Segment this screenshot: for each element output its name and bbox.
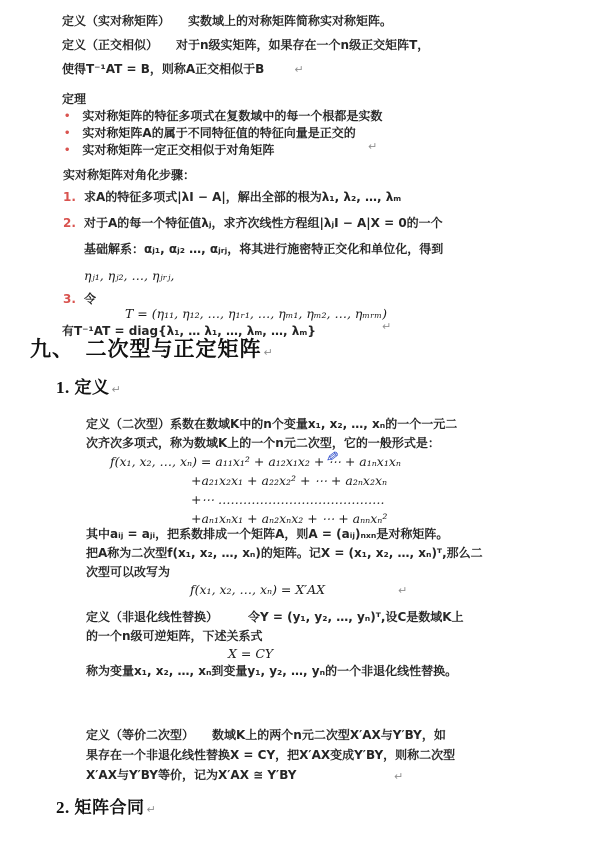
diagonalization-step-2-line3: ηⱼ₁, ηⱼ₂, …, ηⱼᵣⱼ, — [84, 268, 174, 283]
theorem-bullet-text: 实对称矩阵A的属于不同特征值的特征向量是正交的 — [82, 126, 355, 140]
subheading-matrix-congruence-text: 2. 矩阵合同 — [56, 798, 145, 817]
definition-equivalent-line2: 果存在一个非退化线性替换X = CY，把X′AX变成Y′BY，则称二次型 — [86, 748, 455, 763]
diagonalization-step-2-line2: 基础解系：αⱼ₁, αⱼ₂ …, αⱼᵣⱼ，将其进行施密特正交化和单位化，得到 — [84, 242, 443, 257]
step-number: 2. — [63, 216, 84, 231]
chapter-heading: 九、 二次型与正定矩阵↵ — [30, 342, 273, 360]
subheading-definition-text: 1. 定义 — [56, 378, 110, 397]
chapter-heading-text: 九、 二次型与正定矩阵 — [30, 337, 262, 361]
theorem-label: 定理 — [62, 92, 86, 107]
return-mark-icon: ↵ — [394, 770, 403, 783]
return-mark-icon: ↵ — [398, 584, 407, 597]
return-mark-icon: ↵ — [264, 346, 273, 359]
quadratic-form-matrix-note-line3: 次型可以改写为 — [86, 565, 170, 580]
formula-transition-matrix: T = (η₁₁, η₁₂, …, η₁ᵣ₁, …, ηₘ₁, ηₘ₂, …, … — [125, 306, 387, 321]
quadratic-form-formula-line2: +a₂₁x₂x₁ + a₂₂x₂² + ⋯ + a₂ₙx₂xₙ — [191, 473, 387, 488]
theorem-bullet-item: •实对称矩阵A的属于不同特征值的特征向量是正交的 — [64, 126, 356, 141]
definition-nondegenerate-line2: 的一个n级可逆矩阵，下述关系式 — [86, 629, 263, 644]
definition-nondegenerate-line1: 定义（非退化线性替换） 令Y = (y₁, y₂, …, yₙ)ᵀ,设C是数域K… — [86, 610, 464, 625]
step-text: 令 — [84, 292, 96, 306]
document-page: 定义（实对称矩阵） 实数域上的对称矩阵简称实对称矩阵。 定义（正交相似） 对于n… — [0, 0, 590, 867]
definition-real-symmetric: 定义（实对称矩阵） 实数域上的对称矩阵简称实对称矩阵。 — [62, 14, 392, 29]
step-text: 对于A的每一个特征值λⱼ，求齐次线性方程组|λⱼI − A|X = 0的一个 — [84, 216, 443, 230]
diagonalization-steps-title: 实对称矩阵对角化步骤： — [63, 168, 195, 183]
bullet-icon: • — [64, 111, 70, 122]
quadratic-form-matrix-note-line2: 把A称为二次型f(x₁, x₂, …, xₙ)的矩阵。记X = (x₁, x₂,… — [86, 546, 483, 561]
step-number: 1. — [63, 190, 84, 205]
subheading-definition: 1. 定义↵ — [56, 380, 121, 397]
quadratic-form-matrix-note-line1: 其中aᵢⱼ = aⱼᵢ，把系数排成一个矩阵A，则A = (aᵢⱼ)ₙₓₙ是对称矩… — [86, 527, 448, 542]
quadratic-form-formula-line4: +aₙ₁xₙx₁ + aₙ₂xₙx₂ + ⋯ + aₙₙxₙ² — [191, 511, 387, 526]
quadratic-form-formula-line1: f(x₁, x₂, …, xₙ) = a₁₁x₁² + a₁₂x₁x₂ + ⋯ … — [110, 454, 401, 469]
return-mark-icon: ↵ — [368, 140, 377, 153]
formula-xax: f(x₁, x₂, …, xₙ) = X′AX — [190, 582, 325, 597]
formula-x-equals-cy: X = CY — [228, 646, 273, 661]
definition-equivalent-line1: 定义（等价二次型） 数域K上的两个n元二次型X′AX与Y′BY，如 — [86, 728, 446, 743]
definition-orthogonal-similar-text: 使得T⁻¹AT = B，则称A正交相似于B — [62, 62, 264, 76]
definition-orthogonal-similar-line2: 使得T⁻¹AT = B，则称A正交相似于B↵ — [62, 62, 304, 77]
return-mark-icon: ↵ — [382, 320, 391, 333]
definition-nondegenerate-line3: 称为变量x₁, x₂, …, xₙ到变量y₁, y₂, …, yₙ的一个非退化线… — [86, 664, 457, 679]
definition-orthogonal-similar-line1: 定义（正交相似） 对于n级实矩阵，如果存在一个n级正交矩阵T， — [62, 38, 429, 53]
diagonalization-step-1: 1.求A的特征多项式|λI − A|，解出全部的根为λ₁, λ₂, …, λₘ — [63, 190, 401, 205]
theorem-bullet-text: 实对称矩阵一定正交相似于对角矩阵 — [82, 143, 274, 157]
subheading-matrix-congruence: 2. 矩阵合同↵ — [56, 800, 156, 817]
return-mark-icon: ↵ — [294, 63, 303, 76]
theorem-bullet-item: •实对称矩阵的特征多项式在复数域中的每一个根都是实数 — [64, 109, 382, 124]
definition-quadratic-form-line2: 次齐次多项式，称为数域K上的一个n元二次型，它的一般形式是： — [86, 436, 440, 451]
step-text: 求A的特征多项式|λI − A|，解出全部的根为λ₁, λ₂, …, λₘ — [84, 190, 401, 204]
theorem-bullet-text: 实对称矩阵的特征多项式在复数域中的每一个根都是实数 — [82, 109, 382, 123]
diagonalization-step-2-line1: 2.对于A的每一个特征值λⱼ，求齐次线性方程组|λⱼI − A|X = 0的一个 — [63, 216, 443, 231]
step-number: 3. — [63, 292, 84, 307]
bullet-icon: • — [64, 128, 70, 139]
return-mark-icon: ↵ — [147, 803, 156, 816]
quadratic-form-formula-line3: +⋯ …………………………………. — [191, 492, 384, 507]
diagonalization-step-3: 3.令 — [63, 292, 96, 307]
return-mark-icon: ↵ — [112, 383, 121, 396]
bullet-icon: • — [64, 145, 70, 156]
definition-equivalent-line3: X′AX与Y′BY等价，记为X′AX ≅ Y′BY — [86, 768, 296, 783]
theorem-bullet-item: •实对称矩阵一定正交相似于对角矩阵 — [64, 143, 274, 158]
definition-quadratic-form-line1: 定义（二次型）系数在数域K中的n个变量x₁, x₂, …, xₙ的一个一元二 — [86, 417, 457, 432]
pen-cursor-icon: ✎ — [325, 447, 340, 467]
